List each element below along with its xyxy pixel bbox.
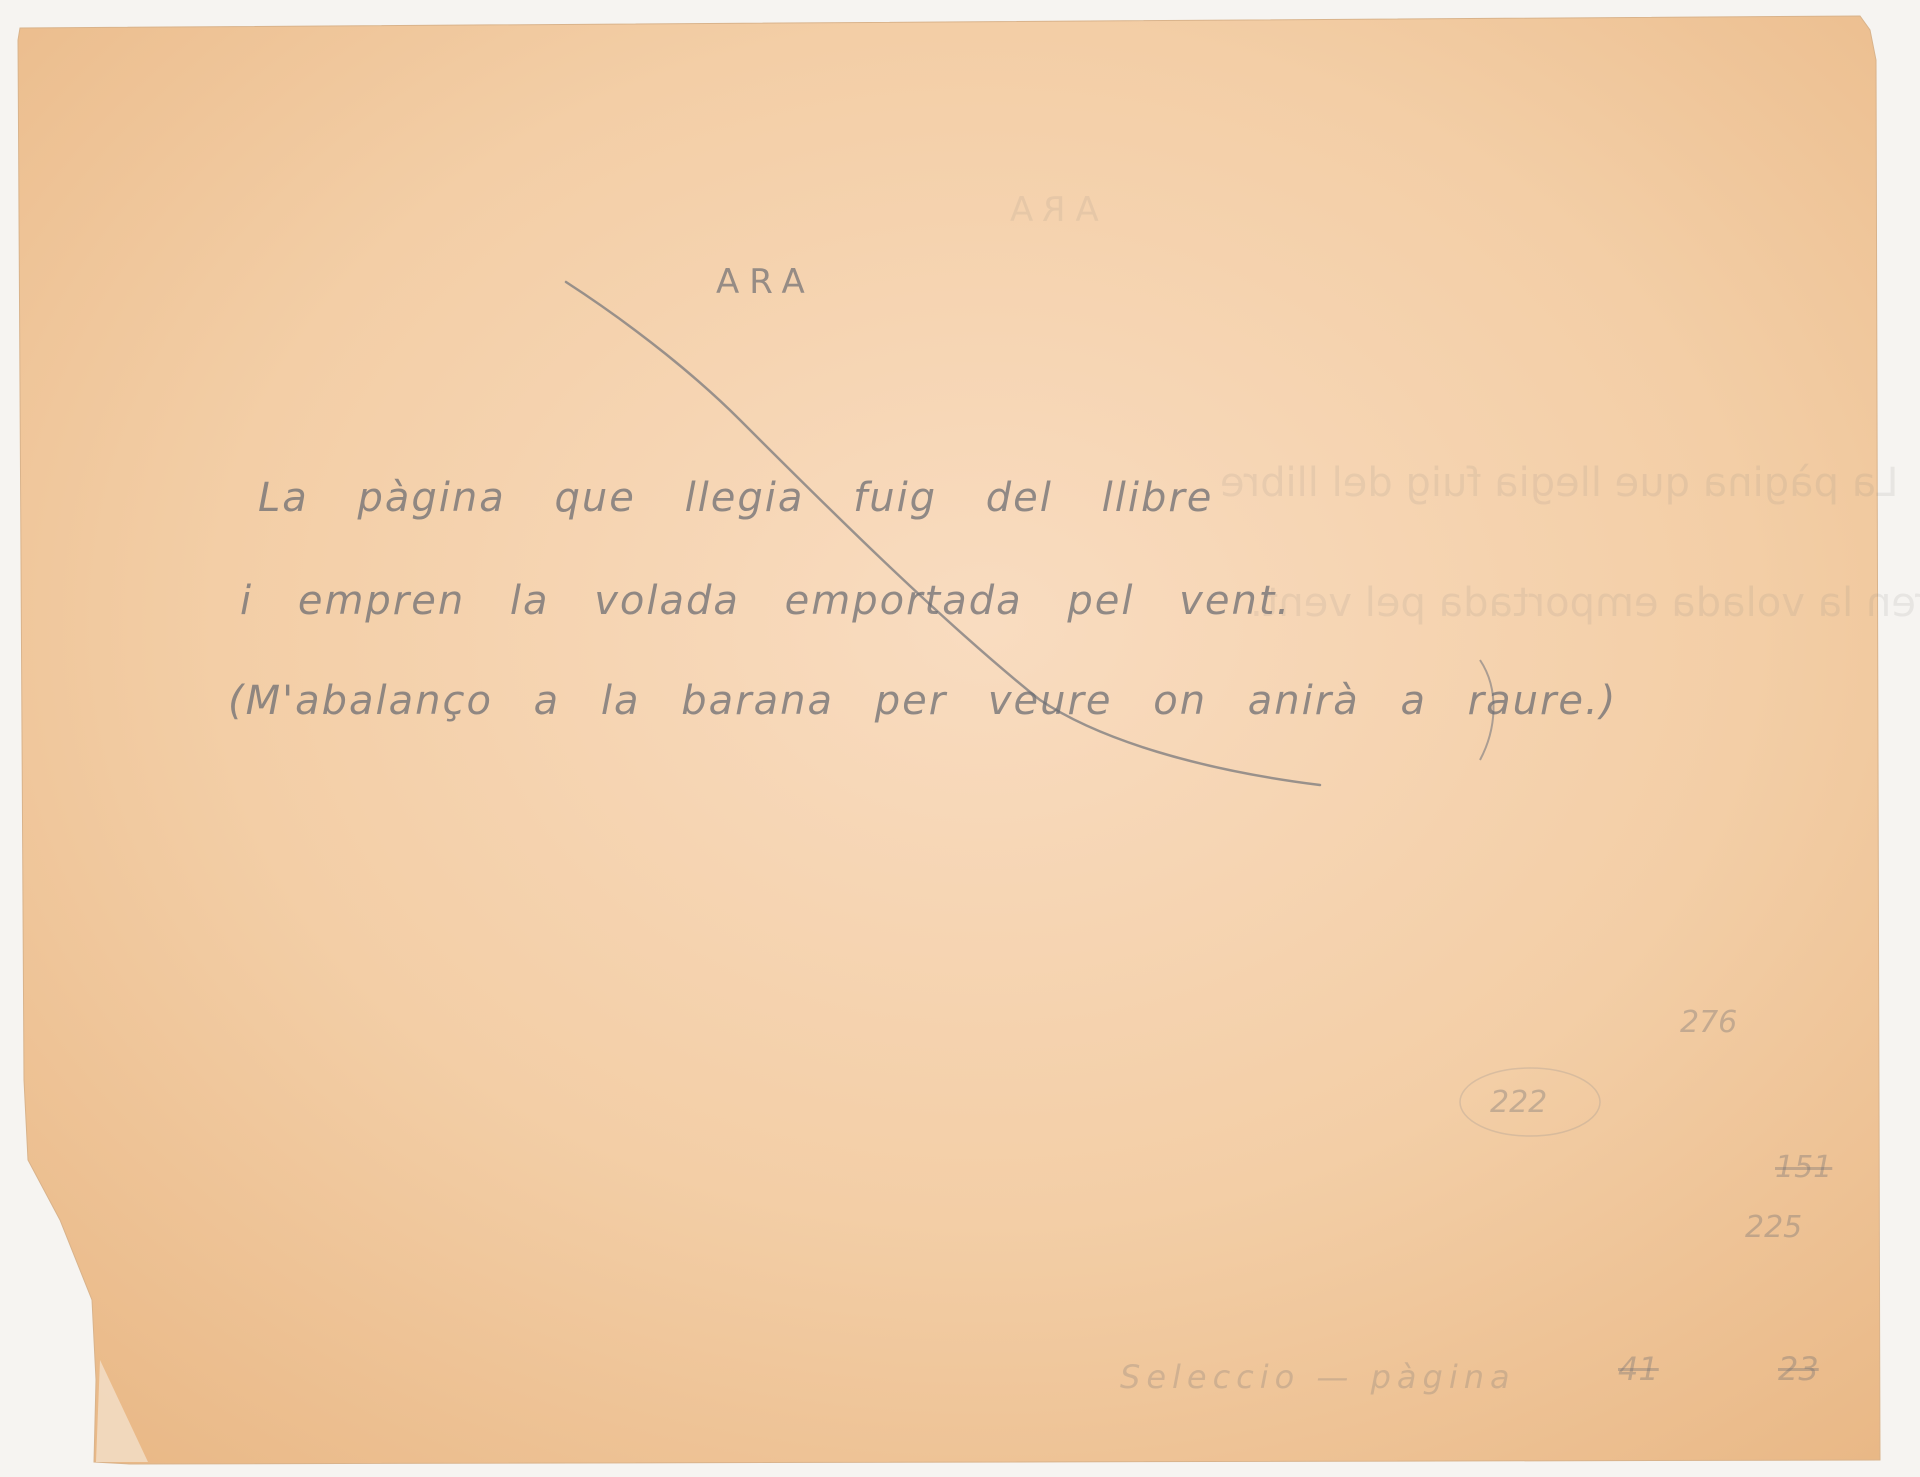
- margin-number: 151: [1775, 1150, 1832, 1185]
- bottom-number: 23: [1778, 1350, 1819, 1388]
- ghost-title: ARA: [1000, 190, 1099, 230]
- text-line-3: (M'abalanço a la barana per veure on ani…: [228, 678, 1617, 724]
- manuscript-sheet: ARA La pàgina que llegia fuig del llibre…: [0, 0, 1920, 1477]
- bottom-number: 41: [1618, 1350, 1659, 1388]
- paper-background: [0, 0, 1920, 1477]
- document-title: ARA: [716, 262, 815, 302]
- bottom-note: Seleccio — pàgina: [1120, 1358, 1516, 1396]
- ghost-line-2: i empren la volada emportada pel vent.: [1250, 580, 1920, 626]
- text-line-2: i empren la volada emportada pel vent.: [240, 578, 1291, 624]
- ghost-line-1: La pàgina que llegia fuig del llibre: [1220, 460, 1899, 506]
- margin-number: 225: [1745, 1210, 1802, 1245]
- margin-number: 276: [1680, 1005, 1737, 1040]
- margin-number: 222: [1490, 1085, 1547, 1120]
- text-line-1: La pàgina que llegia fuig del llibre: [258, 475, 1213, 521]
